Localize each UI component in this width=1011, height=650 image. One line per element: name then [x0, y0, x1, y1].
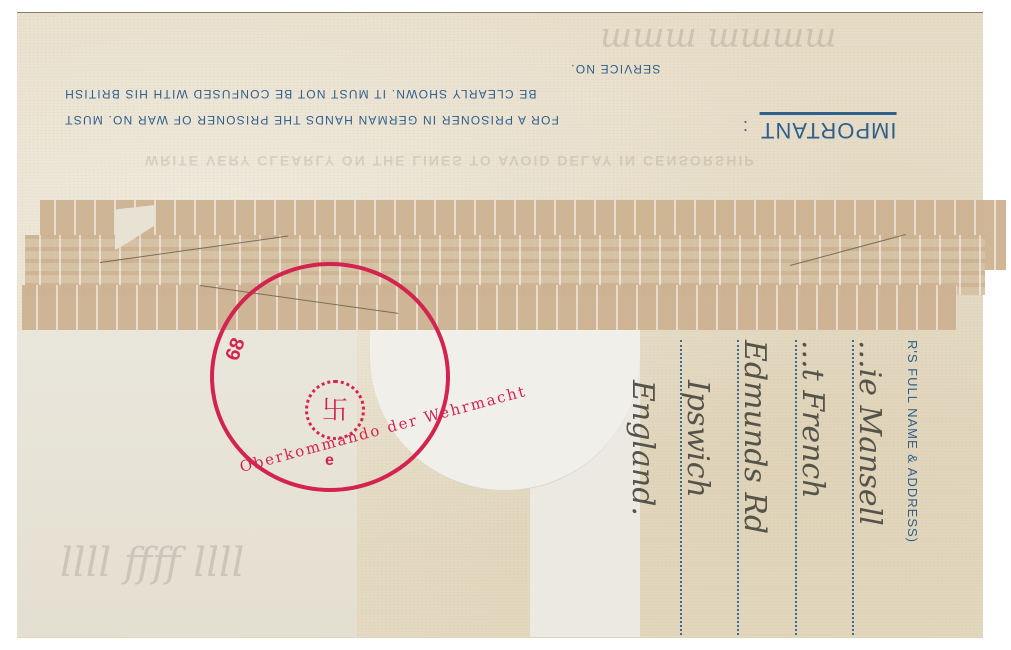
important-heading: IMPORTANT — [760, 112, 897, 143]
bleed-through-writing: llll ffff llll — [60, 540, 244, 586]
address-line-country: England. — [625, 380, 660, 516]
header-line-3: SERVICE NO. — [570, 62, 660, 76]
address-label: R'S FULL NAME & ADDRESS) — [905, 340, 920, 543]
stamp-letter: e — [325, 452, 334, 470]
header-line-2: BE CLEARLY SHOWN. IT MUST NOT BE CONFUSE… — [64, 87, 537, 101]
address-line-street-number: ...t French — [795, 340, 830, 499]
censor-tape-lower — [22, 285, 957, 330]
address-line-name: ...ie Mansell — [852, 340, 887, 526]
address-line-street: Edmunds Rd — [737, 340, 772, 534]
header-colon: : — [743, 116, 748, 137]
faint-instruction: WRITE VERY CLEARLY ON THE LINES TO AVOID… — [145, 153, 756, 169]
header-line-1: FOR A PRISONER IN GERMAN HANDS THE PRISO… — [64, 113, 559, 127]
address-line-town: Ipswich — [680, 380, 715, 498]
bleed-through-writing: mmmm mmm — [600, 20, 837, 60]
